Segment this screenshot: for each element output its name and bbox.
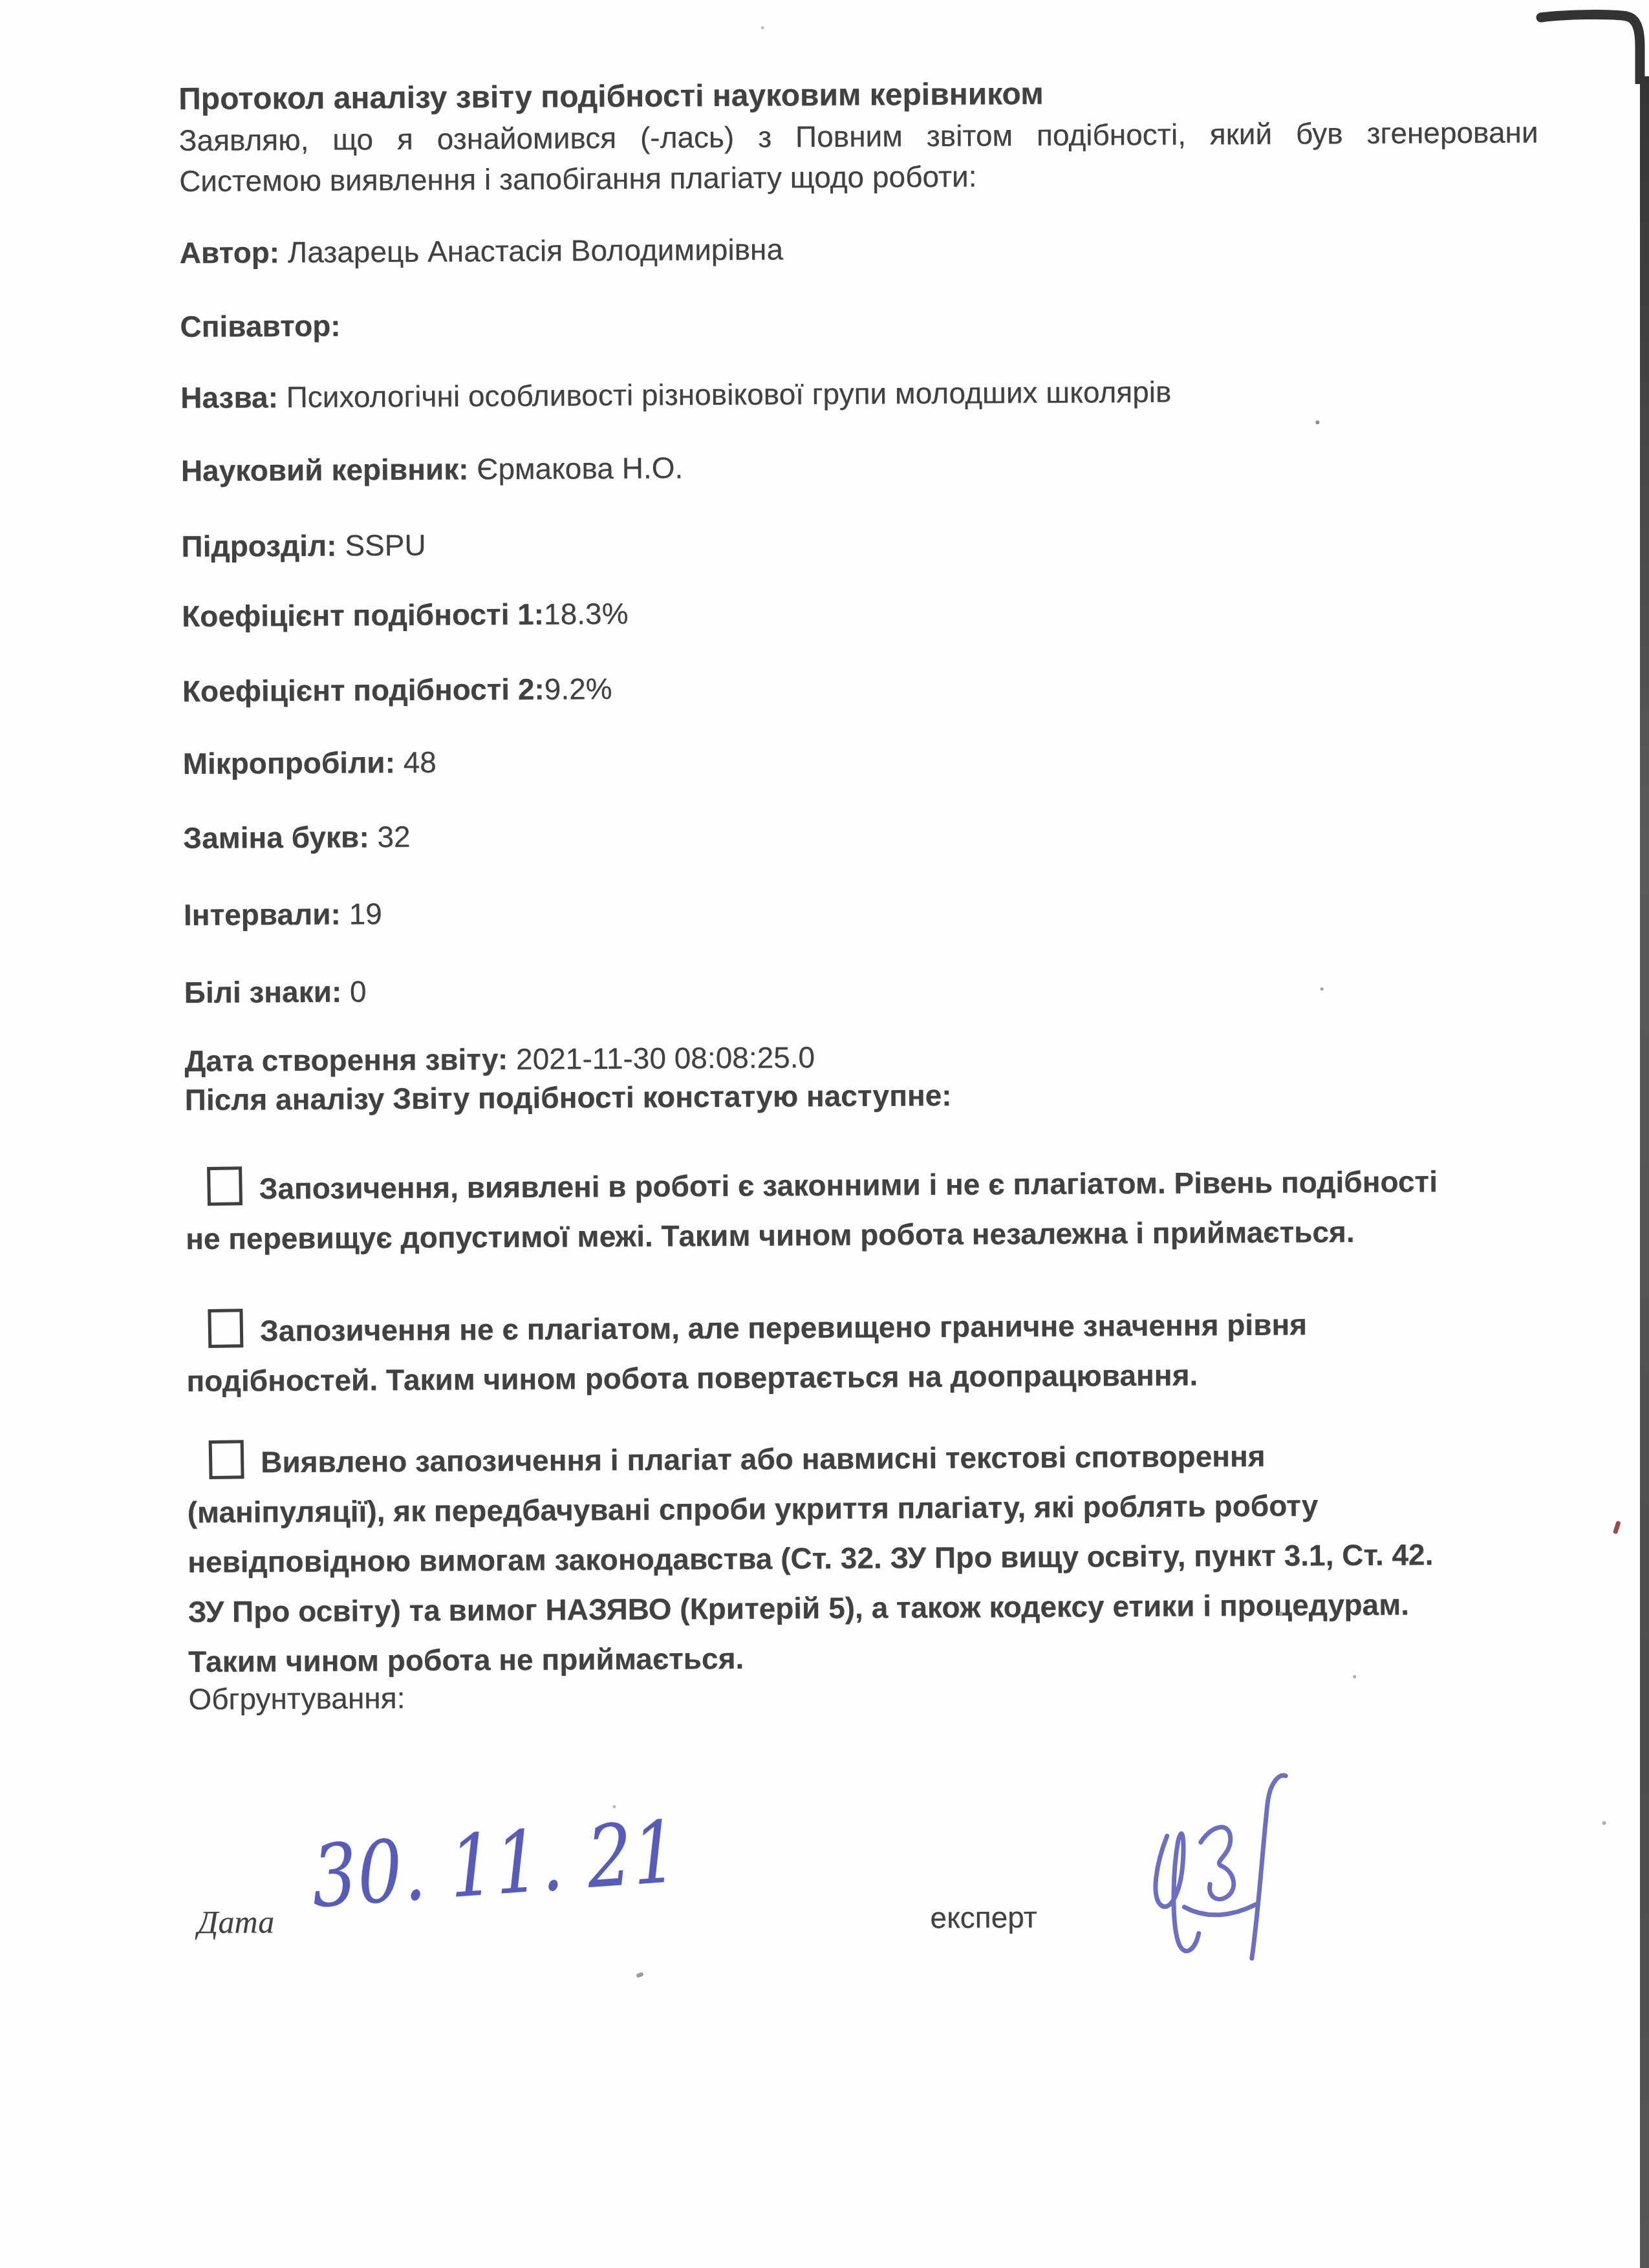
scan-speck — [1613, 1521, 1621, 1534]
text-line: Заявляю, що я ознайомився (-лась) з Повн… — [178, 112, 1538, 161]
field-value: 2021-11-30 08:08:25.0 — [508, 1040, 815, 1076]
field-title-of-work: Назва: Психологічні особливості різновік… — [180, 374, 1172, 415]
document-content: Протокол аналізу звіту подібності науков… — [0, 0, 1649, 2268]
field-report-creation-date: Дата створення звіту: 2021-11-30 08:08:2… — [184, 1040, 815, 1078]
scan-speck — [1315, 420, 1319, 424]
text-line: подібностей. Таким чином робота повертає… — [186, 1348, 1577, 1406]
field-microspaces: Мікропробіли: 48 — [182, 745, 436, 781]
scan-speck — [1353, 1675, 1356, 1678]
field-letter-substitutions: Заміна букв: 32 — [183, 819, 411, 855]
text-line: Виявлено запозичення і плагіат або навми… — [187, 1429, 1577, 1488]
field-similarity-coefficient-1: Коефіцієнт подібності 1:18.3% — [182, 596, 629, 634]
field-value: 9.2% — [544, 672, 612, 706]
option-text: Запозичення, виявлені в роботі є законни… — [259, 1164, 1438, 1205]
field-value: SSPU — [336, 528, 426, 562]
field-label: Підрозділ: — [181, 529, 336, 563]
expert-label: експерт — [930, 1899, 1037, 1935]
field-intervals: Інтервали: 19 — [184, 896, 382, 932]
field-label: Дата створення звіту: — [184, 1042, 508, 1078]
field-department: Підрозділ: SSPU — [181, 528, 426, 564]
text-line: (маніпуляції), як передбачувані спроби у… — [187, 1479, 1577, 1537]
text-line: Запозичення, виявлені в роботі є законни… — [185, 1156, 1575, 1214]
field-label: Автор: — [180, 235, 280, 270]
field-value: 32 — [369, 820, 410, 853]
field-label: Науковий керівник: — [181, 452, 469, 487]
text-line: Таким чином робота не приймається. — [188, 1629, 1579, 1687]
justification-label: Обгрунтування: — [188, 1680, 405, 1717]
scan-speck — [1602, 1821, 1606, 1825]
field-value: Лазарець Анастасія Володимирівна — [279, 232, 783, 269]
field-label: Назва: — [180, 380, 278, 414]
scanned-similarity-protocol-document: Протокол аналізу звіту подібності науков… — [0, 0, 1649, 2268]
field-coauthor: Співавтор: — [180, 308, 340, 345]
scan-edge-corner-artifact — [1536, 0, 1649, 84]
text-line: Запозичення не є плагіатом, але перевище… — [186, 1298, 1577, 1356]
field-value: Єрмакова Н.О. — [468, 451, 683, 486]
field-label: Заміна букв: — [183, 820, 369, 855]
checkbox-unchecked-icon — [207, 1166, 242, 1206]
scan-speck — [1320, 987, 1324, 990]
field-label: Інтервали: — [184, 897, 341, 932]
field-value: Психологічні особливості різновікової гр… — [278, 375, 1172, 414]
scan-speck — [761, 27, 764, 30]
field-label: Коефіцієнт подібності 2: — [182, 672, 544, 708]
intro-paragraph: Заявляю, що я ознайомився (-лась) з Повн… — [178, 112, 1538, 202]
document-title: Протокол аналізу звіту подібності науков… — [178, 76, 1044, 117]
option-exceeds-threshold: Запозичення не є плагіатом, але перевище… — [186, 1298, 1577, 1406]
field-supervisor: Науковий керівник: Єрмакова Н.О. — [181, 450, 684, 488]
scan-edge-line-artifact — [1640, 76, 1649, 2268]
statement-intro: Після аналізу Звіту подібності констатую… — [185, 1078, 952, 1117]
option-text: Виявлено запозичення і плагіат або навми… — [261, 1439, 1266, 1479]
field-author: Автор: Лазарець Анастасія Володимирівна — [180, 231, 784, 270]
option-plagiarism-detected: Виявлено запозичення і плагіат або навми… — [187, 1429, 1579, 1687]
scan-speck — [612, 1805, 616, 1808]
field-label: Співавтор: — [180, 309, 340, 344]
field-white-signs: Білі знаки: 0 — [184, 974, 367, 1010]
option-borrowings-legal: Запозичення, виявлені в роботі є законни… — [185, 1156, 1576, 1264]
expert-signature-icon — [1120, 1772, 1296, 1967]
field-value: 0 — [341, 974, 367, 1008]
scan-speck — [636, 1972, 643, 1978]
date-label: Дата — [197, 1903, 274, 1941]
checkbox-unchecked-icon — [209, 1440, 244, 1479]
field-label: Мікропробіли: — [182, 745, 395, 780]
option-text: Запозичення не є плагіатом, але перевище… — [260, 1307, 1307, 1347]
field-label: Коефіцієнт подібності 1: — [182, 597, 544, 633]
field-label: Білі знаки: — [184, 975, 342, 1009]
text-line: не перевищує допустимої межі. Таким чино… — [186, 1206, 1576, 1264]
field-value: 48 — [395, 745, 436, 779]
field-value: 19 — [341, 897, 382, 930]
handwritten-date: 30. 11. 21 — [310, 1802, 681, 1927]
text-line: невідповідною вимогам законодавства (Ст.… — [188, 1529, 1578, 1587]
scan-speck — [1279, 1612, 1283, 1616]
text-line: Системою виявлення і запобігання плагіат… — [179, 153, 1538, 202]
field-value: 18.3% — [544, 597, 629, 631]
text-line: ЗУ Про освіту) та вимог НАЗЯВО (Критерій… — [188, 1579, 1578, 1637]
field-similarity-coefficient-2: Коефіцієнт подібності 2:9.2% — [182, 671, 612, 709]
checkbox-unchecked-icon — [208, 1309, 243, 1348]
